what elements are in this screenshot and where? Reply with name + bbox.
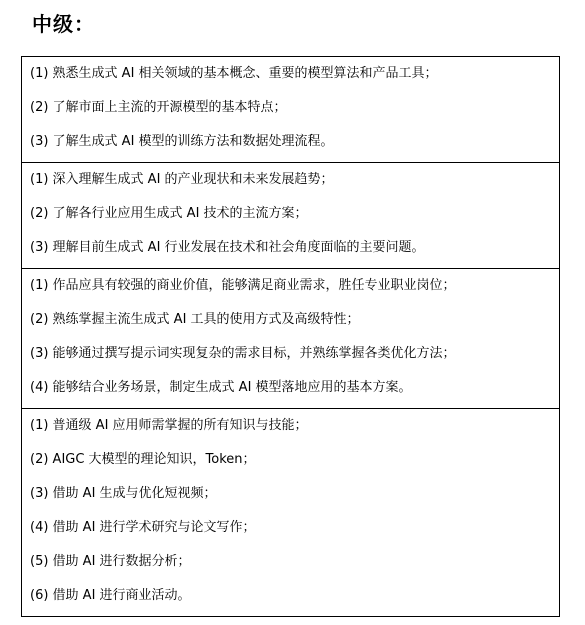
list-item: (6) 借助 AI 进行商业活动。 bbox=[30, 584, 559, 610]
list-item: (3) 能够通过撰写提示词实现复杂的需求目标，并熟练掌握各类优化方法； bbox=[30, 342, 559, 376]
block-knowledge: (1) 熟悉生成式 AI 相关领域的基本概念、重要的模型算法和产品工具； (2)… bbox=[22, 57, 559, 162]
list-item: (4) 借助 AI 进行学术研究与论文写作； bbox=[30, 516, 559, 550]
requirements-table: (1) 熟悉生成式 AI 相关领域的基本概念、重要的模型算法和产品工具； (2)… bbox=[21, 56, 560, 617]
list-item: (1) 作品应具有较强的商业价值，能够满足商业需求，胜任专业职业岗位； bbox=[30, 274, 559, 308]
list-item: (2) 了解各行业应用生成式 AI 技术的主流方案； bbox=[30, 202, 559, 236]
list-item: (5) 借助 AI 进行数据分析； bbox=[30, 550, 559, 584]
section-title: 中级： bbox=[32, 8, 95, 37]
list-item: (1) 深入理解生成式 AI 的产业现状和未来发展趋势； bbox=[30, 168, 559, 202]
list-item: (2) 了解市面上主流的开源模型的基本特点； bbox=[30, 96, 559, 130]
list-item: (4) 能够结合业务场景，制定生成式 AI 模型落地应用的基本方案。 bbox=[30, 376, 559, 402]
list-item: (3) 了解生成式 AI 模型的训练方法和数据处理流程。 bbox=[30, 130, 559, 156]
block-understanding: (1) 深入理解生成式 AI 的产业现状和未来发展趋势； (2) 了解各行业应用… bbox=[22, 162, 559, 268]
list-item: (1) 普通级 AI 应用师需掌握的所有知识与技能； bbox=[30, 414, 559, 448]
list-item: (3) 理解目前生成式 AI 行业发展在技术和社会角度面临的主要问题。 bbox=[30, 236, 559, 262]
block-curriculum: (1) 普通级 AI 应用师需掌握的所有知识与技能； (2) AIGC 大模型的… bbox=[22, 408, 559, 616]
list-item: (1) 熟悉生成式 AI 相关领域的基本概念、重要的模型算法和产品工具； bbox=[30, 62, 559, 96]
list-item: (2) 熟练掌握主流生成式 AI 工具的使用方式及高级特性； bbox=[30, 308, 559, 342]
list-item: (2) AIGC 大模型的理论知识，Token； bbox=[30, 448, 559, 482]
block-skills: (1) 作品应具有较强的商业价值，能够满足商业需求，胜任专业职业岗位； (2) … bbox=[22, 268, 559, 408]
list-item: (3) 借助 AI 生成与优化短视频； bbox=[30, 482, 559, 516]
